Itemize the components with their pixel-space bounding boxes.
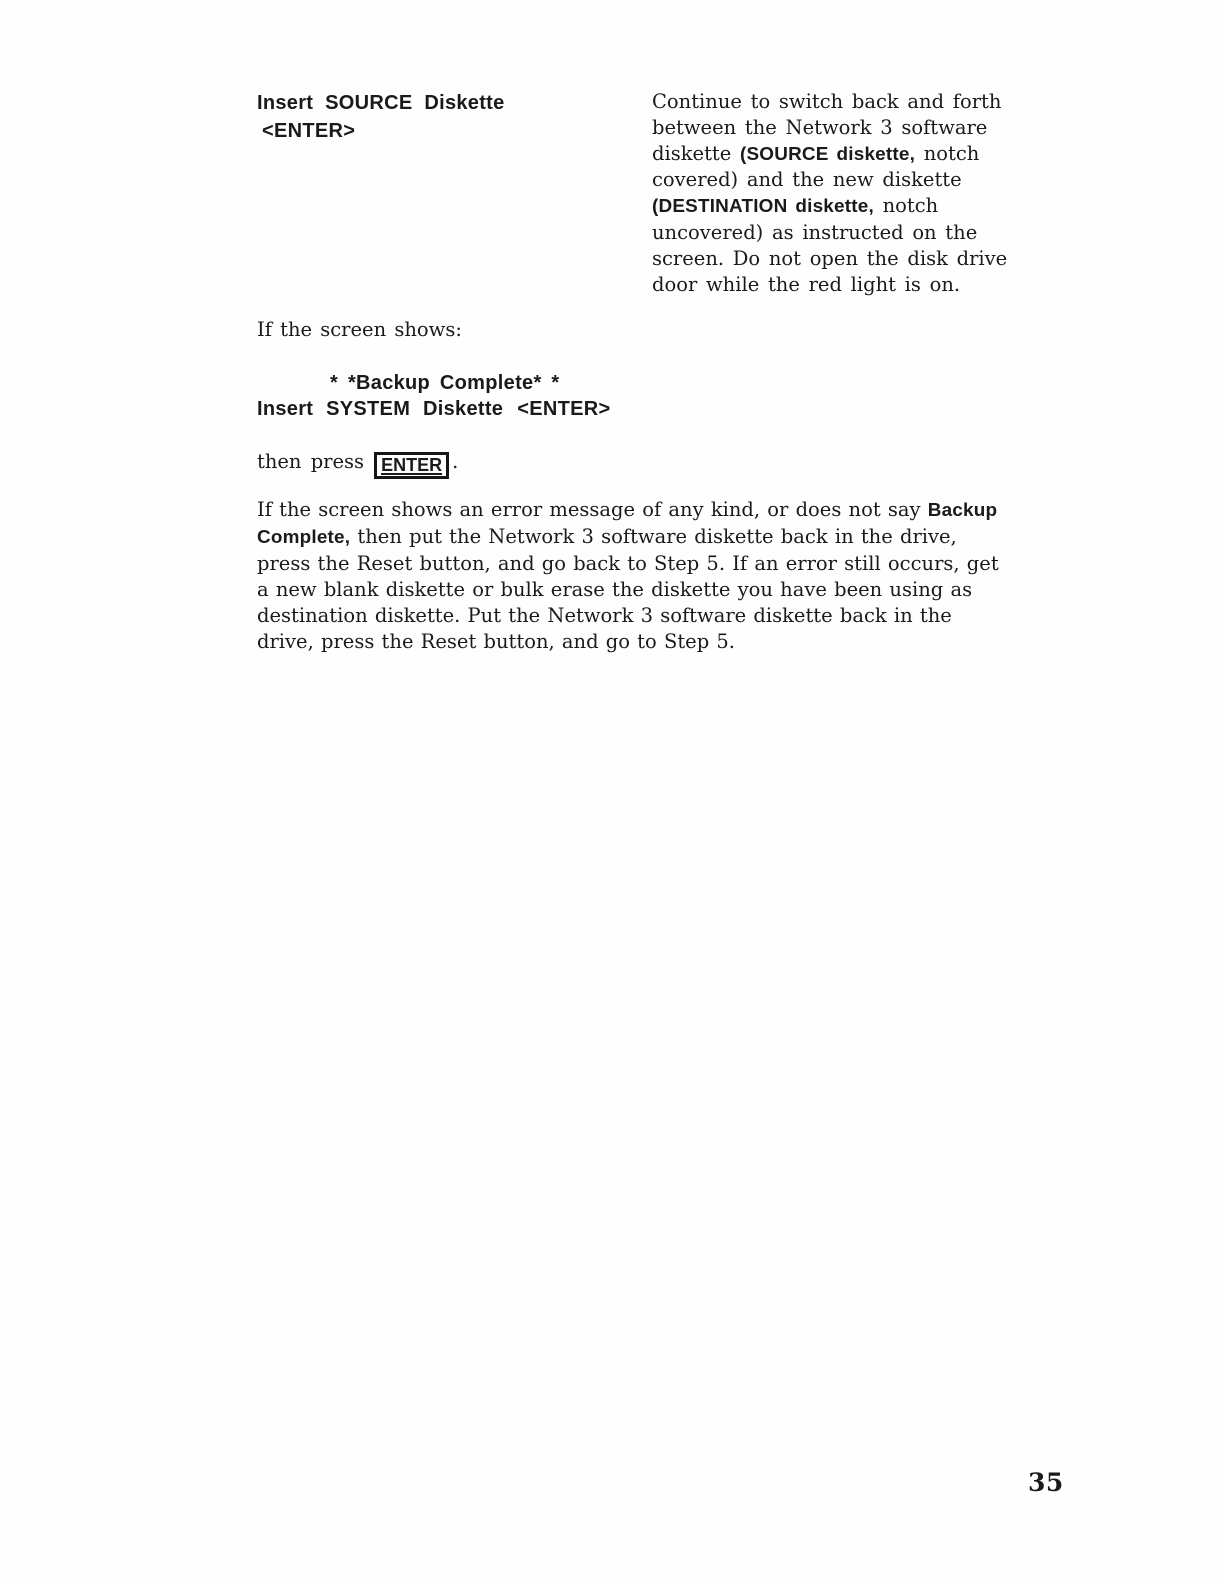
text-line: uncovered) as instructed on the [652, 220, 1024, 246]
instruction-paragraph: Continue to switch back and forthbetween… [652, 89, 1024, 297]
page-number: 35 [1028, 1469, 1064, 1497]
text-line: Continue to switch back and forth [652, 89, 1024, 115]
text-line: between the Network 3 software [652, 115, 1024, 141]
insert-system-diskette-text: Insert SYSTEM Diskette [257, 398, 503, 420]
backup-complete-message: * *Backup Complete* * [330, 370, 559, 396]
manual-page: Insert SOURCE Diskette<ENTER> Continue t… [0, 0, 1224, 1584]
text-line: Complete, then put the Network 3 softwar… [257, 524, 1017, 551]
text-line: drive, press the Reset button, and go to… [257, 629, 1017, 655]
text-line: press the Reset button, and go back to S… [257, 551, 1017, 577]
text-line: <ENTER> [257, 117, 505, 145]
text-line: If the screen shows an error message of … [257, 497, 1017, 524]
press-enter-after-text: . [452, 450, 458, 473]
text-line: door while the red light is on. [652, 272, 1024, 298]
text-line: diskette (SOURCE diskette, notch [652, 141, 1024, 168]
enter-prompt-text: <ENTER> [517, 398, 610, 420]
error-paragraph: If the screen shows an error message of … [257, 497, 1017, 655]
text-line: Insert SOURCE Diskette [257, 89, 505, 117]
text-line: covered) and the new diskette [652, 167, 1024, 193]
text-line: a new blank diskette or bulk erase the d… [257, 577, 1017, 603]
press-enter-before-text: then press [257, 450, 364, 473]
screen-prompt-source-diskette: Insert SOURCE Diskette<ENTER> [257, 89, 505, 145]
text-line: destination diskette. Put the Network 3 … [257, 603, 1017, 629]
if-screen-shows-text: If the screen shows: [257, 317, 462, 343]
insert-system-diskette-line: Insert SYSTEM Diskette<ENTER> [257, 396, 610, 422]
press-enter-instruction: then pressENTER. [257, 448, 458, 479]
enter-key: ENTER [374, 452, 449, 479]
text-line: (DESTINATION diskette, notch [652, 193, 1024, 220]
text-line: screen. Do not open the disk drive [652, 246, 1024, 272]
